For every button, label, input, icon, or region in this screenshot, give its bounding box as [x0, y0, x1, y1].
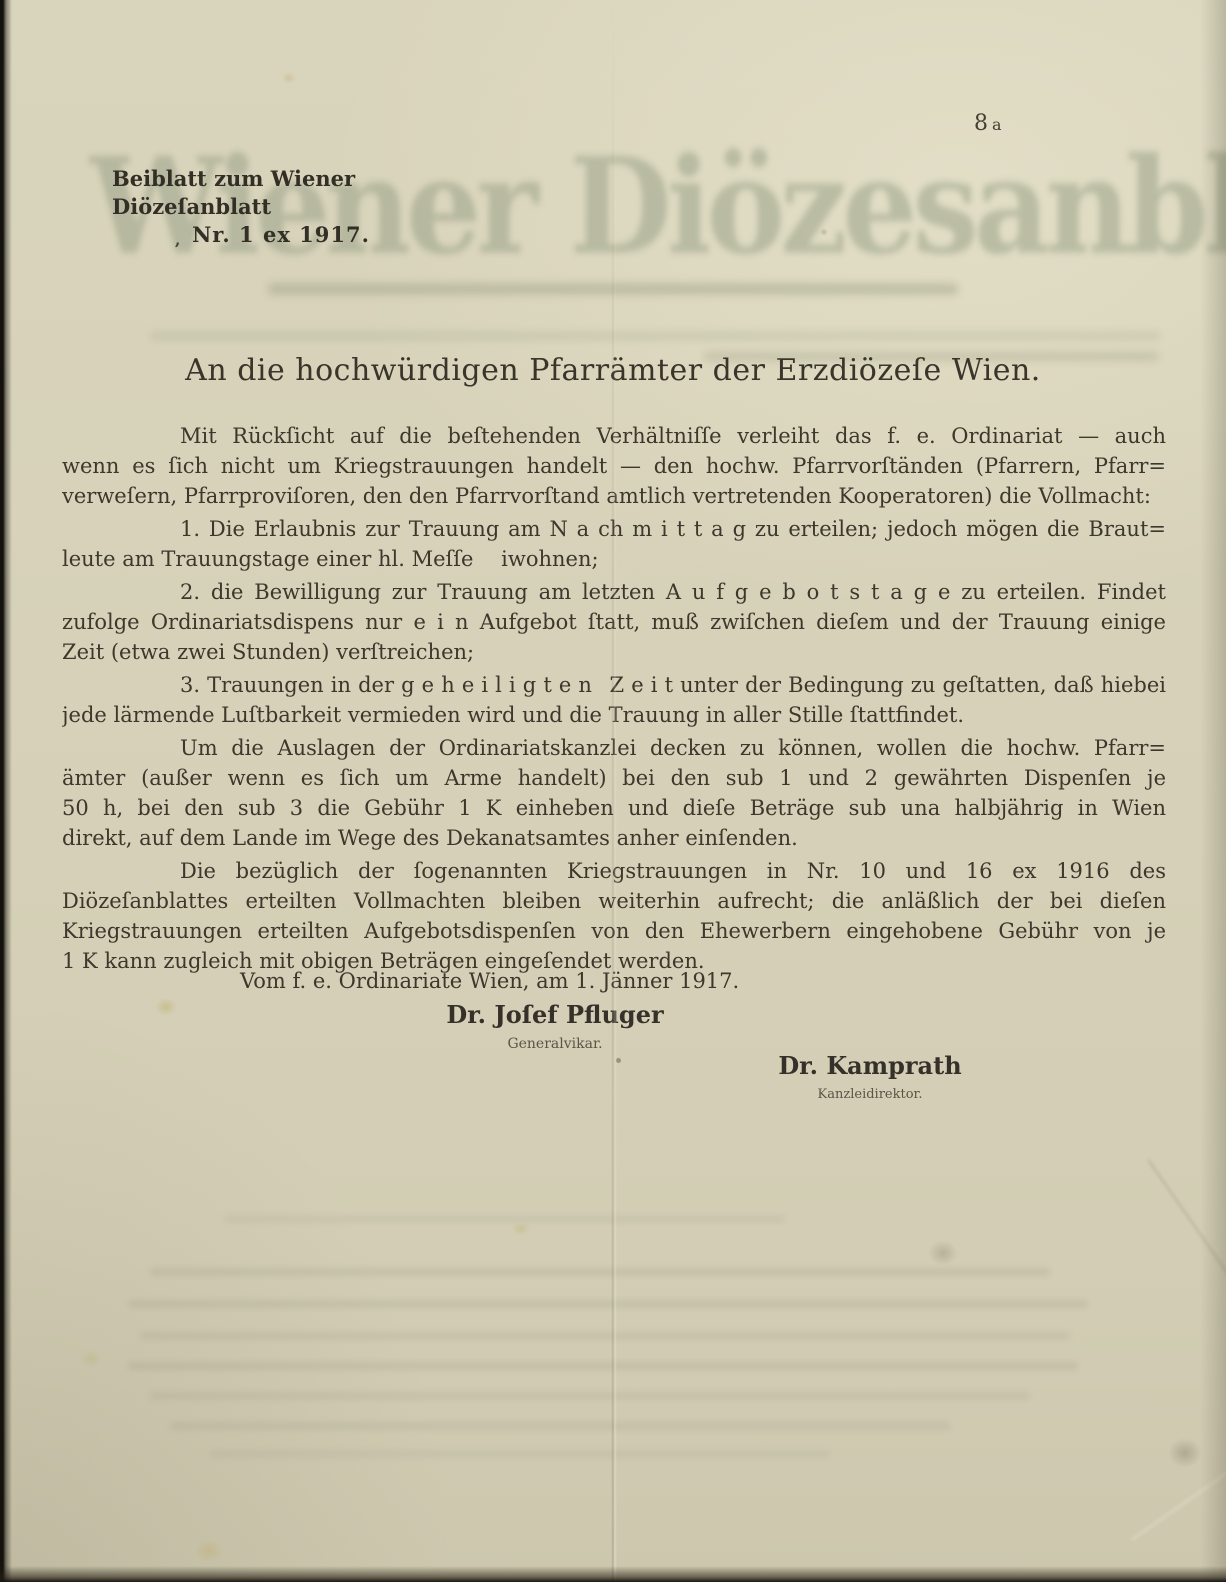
signature-title-kanzleidirektor: Kanzleidirektor. [700, 1087, 1040, 1102]
showthrough-line [225, 1215, 785, 1223]
scan-edge-bottom [0, 1566, 1226, 1582]
page-edge-right [1200, 0, 1226, 1582]
signature-name-generalvikar: Dr. Joſef Pfluger [62, 1000, 1048, 1029]
ink-speck [616, 1058, 621, 1063]
paper-stain [820, 228, 828, 236]
showthrough-line [150, 1392, 1030, 1400]
signature-name-kanzleidirektor: Dr. Kamprath [700, 1051, 1040, 1080]
paper-stain [155, 998, 177, 1016]
showthrough-line [170, 1422, 950, 1430]
scan-edge-left [0, 0, 12, 1582]
showthrough-line [150, 332, 1160, 340]
paper-stain [928, 1240, 958, 1266]
showthrough-line [210, 1450, 830, 1458]
paper-stain [512, 1222, 530, 1236]
showthrough-line [140, 1332, 1070, 1340]
paper-stain [195, 1540, 223, 1562]
showthrough-line [150, 1268, 1050, 1276]
issue-header-publication: Beiblatt zum Wiener Diözeſanblatt [112, 165, 450, 221]
fold-crease-highlight [614, 0, 616, 1582]
paper-stain [1168, 1438, 1202, 1468]
paper-stain [282, 72, 296, 84]
page-number-suffix: a [992, 115, 1002, 134]
page-number-value: 8 [974, 111, 988, 136]
page-number: 8a [974, 111, 1002, 136]
dateline: Vom f. e. Ordinariate Wien, am 1. Jänner… [240, 969, 739, 993]
issue-header: Beiblatt zum Wiener Diözeſanblatt Nr. 1 … [112, 165, 450, 249]
paper-stain [80, 1350, 102, 1368]
showthrough-line [128, 1362, 1078, 1370]
issue-header-number: Nr. 1 ex 1917. [112, 221, 450, 249]
scanned-document-page: Wiener Diözesanblatt. 8a Beiblatt zum Wi… [0, 0, 1226, 1582]
ink-mark: ʼ [174, 240, 180, 260]
signature-title-generalvikar: Generalvikar. [62, 1036, 1048, 1052]
showthrough-line [128, 1300, 1088, 1308]
